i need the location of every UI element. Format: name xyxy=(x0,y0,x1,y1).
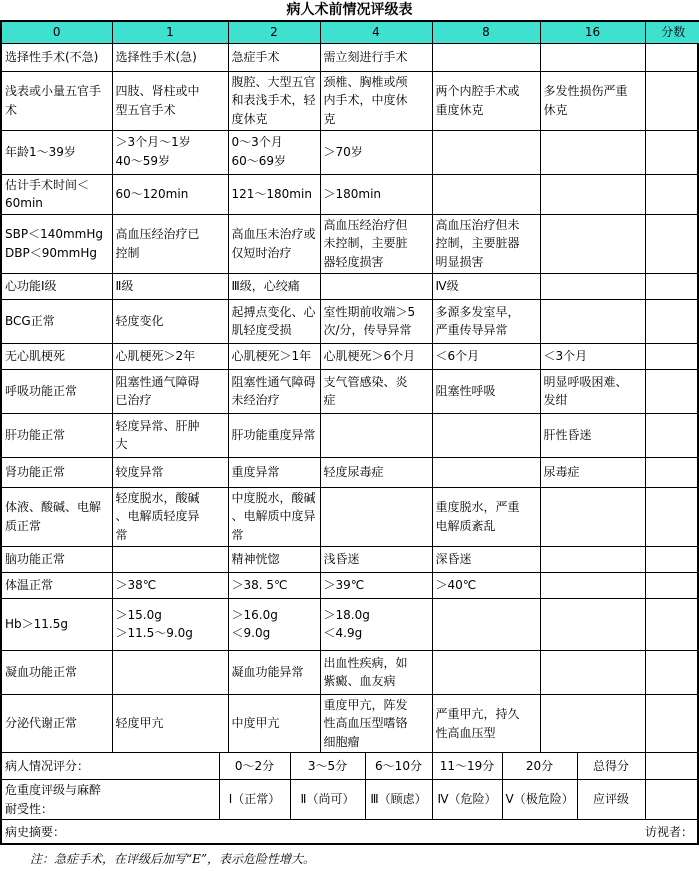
table-row: 体液、酸碱、电解 质正常轻度脱水，酸碱 、电解质轻度异 常中度脱水，酸碱 、电解… xyxy=(2,487,699,546)
rating-cell: 选择性手术(急) xyxy=(112,43,228,71)
rating-cell xyxy=(645,71,699,130)
grade-row-cell: Ⅳ（危险） xyxy=(432,779,502,819)
score-row-cell: 0～2分 xyxy=(219,753,290,779)
row-label-cell: 心功能Ⅰ级 xyxy=(2,273,112,299)
row-label-cell: Hb＞11.5g xyxy=(2,598,112,650)
rating-cell: 121～180min xyxy=(228,174,320,214)
summary-row: 病史摘要： 访视者： xyxy=(2,820,697,843)
rating-cell: 颈椎、胸椎或颅 内手术，中度休 克 xyxy=(320,71,432,130)
row-label-cell: 浅表或小量五官手 术 xyxy=(2,71,112,130)
table-row: 肝功能正常轻度异常、肝肿 大肝功能重度异常肝性昏迷 xyxy=(2,413,699,457)
header-cell-2: 2 xyxy=(228,22,320,43)
row-label-cell: 肾功能正常 xyxy=(2,457,112,487)
table-row: 心功能Ⅰ级Ⅱ级Ⅲ级，心绞痛Ⅳ级 xyxy=(2,273,699,299)
rating-cell: 轻度异常、肝肿 大 xyxy=(112,413,228,457)
rating-cell xyxy=(645,487,699,546)
rating-cell xyxy=(540,546,645,572)
rating-cell xyxy=(645,343,699,369)
rating-cell xyxy=(432,598,540,650)
rating-cell: 室性期前收端＞5 次/分，传导异常 xyxy=(320,299,432,343)
rating-cell: 凝血功能异常 xyxy=(228,650,320,694)
rating-cell: 心肌梗死＞2年 xyxy=(112,343,228,369)
rating-cell: ＞180min xyxy=(320,174,432,214)
row-label-cell: 估计手术时间＜ 60min xyxy=(2,174,112,214)
rating-cell xyxy=(645,598,699,650)
rating-cell: Ⅱ级 xyxy=(112,273,228,299)
rating-cell: ＞38. 5℃ xyxy=(228,572,320,598)
row-label-cell: 体液、酸碱、电解 质正常 xyxy=(2,487,112,546)
row-label-cell: 分泌代谢正常 xyxy=(2,694,112,753)
rating-cell: 心肌梗死＞6个月 xyxy=(320,343,432,369)
header-cell-score: 分数 xyxy=(645,22,699,43)
score-row: 病人情况评分： 0～2分3～5分6～10分11～19分20分总得分 xyxy=(2,753,699,779)
table-row: 选择性手术(不急)选择性手术(急)急症手术需立刻进行手术 xyxy=(2,43,699,71)
table-row: BCG正常轻度变化起搏点变化、心 肌轻度受损室性期前收端＞5 次/分，传导异常多… xyxy=(2,299,699,343)
rating-cell: 高血压经治疗已 控制 xyxy=(112,214,228,273)
row-label-cell: SBP＜140mmHg DBP＜90mmHg xyxy=(2,214,112,273)
rating-cell xyxy=(645,174,699,214)
rating-cell xyxy=(432,43,540,71)
table-row: 年龄1～39岁＞3个月～1岁 40～59岁0～3个月 60～69岁＞70岁 xyxy=(2,130,699,174)
rating-cell xyxy=(645,369,699,413)
table-row: SBP＜140mmHg DBP＜90mmHg高血压经治疗已 控制高血压未治疗或 … xyxy=(2,214,699,273)
rating-cell: 重度甲亢，阵发 性高血压型嗜铬 细胞瘤 xyxy=(320,694,432,753)
rating-cell: 浅昏迷 xyxy=(320,546,432,572)
grade-row-cell: 应评级 xyxy=(577,779,645,819)
row-label-cell: 凝血功能正常 xyxy=(2,650,112,694)
rating-cell xyxy=(645,457,699,487)
table-row: 浅表或小量五官手 术四肢、肾柱或中 型五官手术腹腔、大型五官 和表浅手术，轻 度… xyxy=(2,71,699,130)
rating-cell: 高血压经治疗但 未控制，主要脏 器轻度损害 xyxy=(320,214,432,273)
rating-cell: 轻度甲亢 xyxy=(112,694,228,753)
rating-cell xyxy=(645,546,699,572)
rating-cell xyxy=(645,130,699,174)
header-cell-16: 16 xyxy=(540,22,645,43)
row-label-cell: 无心肌梗死 xyxy=(2,343,112,369)
rating-cell: Ⅳ级 xyxy=(432,273,540,299)
header-row: 0 1 2 4 8 16 分数 xyxy=(2,22,699,43)
rating-cell: 轻度尿毒症 xyxy=(320,457,432,487)
table-row: 估计手术时间＜ 60min60～120min121～180min＞180min xyxy=(2,174,699,214)
rating-cell: 重度异常 xyxy=(228,457,320,487)
score-row-cell: 20分 xyxy=(502,753,577,779)
score-row-cell: 11～19分 xyxy=(432,753,502,779)
rating-cell: 深昏迷 xyxy=(432,546,540,572)
rating-cell: 多源多发室早， 严重传导异常 xyxy=(432,299,540,343)
rating-cell xyxy=(540,43,645,71)
rating-cell: ＞40℃ xyxy=(432,572,540,598)
row-label-cell: 脑功能正常 xyxy=(2,546,112,572)
rating-cell xyxy=(540,273,645,299)
rating-cell: 阻塞性呼吸 xyxy=(432,369,540,413)
rating-cell xyxy=(540,572,645,598)
rating-cell xyxy=(645,413,699,457)
table-row: 无心肌梗死心肌梗死＞2年心肌梗死＞1年心肌梗死＞6个月＜6个月＜3个月 xyxy=(2,343,699,369)
rating-cell xyxy=(432,457,540,487)
rating-cell xyxy=(540,694,645,753)
footnote: 注：急症手术，在评级后加写“E”，表示危险性增大。 xyxy=(30,850,699,867)
rating-cell xyxy=(540,650,645,694)
grade-row-label: 危重度评级与麻醉 耐受性： xyxy=(2,779,219,819)
rating-cell: 出血性疾病，如 紫癜、血友病 xyxy=(320,650,432,694)
rating-cell: ＜6个月 xyxy=(432,343,540,369)
rating-cell xyxy=(432,174,540,214)
rating-cell xyxy=(540,130,645,174)
score-row-cell: 6～10分 xyxy=(365,753,432,779)
visitor-label: 访视者： xyxy=(645,823,693,840)
row-label-cell: BCG正常 xyxy=(2,299,112,343)
rating-cell: 起搏点变化、心 肌轻度受损 xyxy=(228,299,320,343)
rating-table-bottom: 病人情况评分： 0～2分3～5分6～10分11～19分20分总得分 危重度评级与… xyxy=(2,753,699,820)
rating-cell: 急症手术 xyxy=(228,43,320,71)
rating-cell: 腹腔、大型五官 和表浅手术，轻 度休克 xyxy=(228,71,320,130)
rating-cell xyxy=(540,214,645,273)
grade-row-cell: Ⅲ（顾虑） xyxy=(365,779,432,819)
rating-cell xyxy=(540,487,645,546)
rating-cell: 0～3个月 60～69岁 xyxy=(228,130,320,174)
rating-cell xyxy=(432,413,540,457)
rating-table-main: 0 1 2 4 8 16 分数 选择性手术(不急)选择性手术(急)急症手术需立刻… xyxy=(2,22,699,753)
rating-cell: 轻度脱水，酸碱 、电解质轻度异 常 xyxy=(112,487,228,546)
rating-cell: ＞16.0g ＜9.0g xyxy=(228,598,320,650)
header-cell-1: 1 xyxy=(112,22,228,43)
rating-cell xyxy=(645,273,699,299)
table-row: 凝血功能正常凝血功能异常出血性疾病，如 紫癜、血友病 xyxy=(2,650,699,694)
row-label-cell: 体温正常 xyxy=(2,572,112,598)
rating-cell: 多发性损伤严重 休克 xyxy=(540,71,645,130)
header-cell-4: 4 xyxy=(320,22,432,43)
table-row: 分泌代谢正常轻度甲亢中度甲亢重度甲亢，阵发 性高血压型嗜铬 细胞瘤严重甲亢，持久… xyxy=(2,694,699,753)
rating-cell: ＞39℃ xyxy=(320,572,432,598)
rating-cell: 肝功能重度异常 xyxy=(228,413,320,457)
score-row-cell: 总得分 xyxy=(577,753,645,779)
rating-cell xyxy=(432,650,540,694)
rating-cell: 中度甲亢 xyxy=(228,694,320,753)
rating-table-body: 选择性手术(不急)选择性手术(急)急症手术需立刻进行手术浅表或小量五官手 术四肢… xyxy=(2,43,699,753)
table-row: 体温正常＞38℃＞38. 5℃＞39℃＞40℃ xyxy=(2,572,699,598)
page-title: 病人术前情况评级表 xyxy=(0,0,699,20)
rating-cell: ＞70岁 xyxy=(320,130,432,174)
rating-cell: 严重甲亢，持久 性高血压型 xyxy=(432,694,540,753)
grade-row-cell: Ⅰ（正常） xyxy=(219,779,290,819)
rating-cell: ＜3个月 xyxy=(540,343,645,369)
grade-row-cell: Ⅴ（极危险） xyxy=(502,779,577,819)
rating-cell xyxy=(645,299,699,343)
rating-cell xyxy=(320,273,432,299)
row-label-cell: 年龄1～39岁 xyxy=(2,130,112,174)
rating-table: 0 1 2 4 8 16 分数 选择性手术(不急)选择性手术(急)急症手术需立刻… xyxy=(0,20,699,845)
rating-cell xyxy=(112,650,228,694)
rating-cell xyxy=(320,487,432,546)
rating-cell xyxy=(645,694,699,753)
rating-cell: 四肢、肾柱或中 型五官手术 xyxy=(112,71,228,130)
table-row: 脑功能正常精神恍惚浅昏迷深昏迷 xyxy=(2,546,699,572)
rating-cell xyxy=(645,572,699,598)
rating-cell xyxy=(540,174,645,214)
rating-cell: ＞18.0g ＜4.9g xyxy=(320,598,432,650)
rating-cell: 尿毒症 xyxy=(540,457,645,487)
rating-cell: 重度脱水，严重 电解质紊乱 xyxy=(432,487,540,546)
rating-cell: ＞15.0g ＞11.5～9.0g xyxy=(112,598,228,650)
score-row-label: 病人情况评分： xyxy=(2,753,219,779)
header-cell-0: 0 xyxy=(2,22,112,43)
rating-cell xyxy=(645,650,699,694)
preop-rating-sheet: 病人术前情况评级表 0 1 2 4 8 16 分数 选择性手术(不急)选择性手术… xyxy=(0,0,699,867)
rating-cell: 心肌梗死＞1年 xyxy=(228,343,320,369)
rating-cell: 中度脱水，酸碱 、电解质中度异 常 xyxy=(228,487,320,546)
score-row-cell xyxy=(645,753,699,779)
history-summary-label: 病史摘要： xyxy=(5,823,65,840)
rating-cell xyxy=(540,299,645,343)
rating-cell: 精神恍惚 xyxy=(228,546,320,572)
rating-cell: 轻度变化 xyxy=(112,299,228,343)
rating-cell: 明显呼吸困难、 发绀 xyxy=(540,369,645,413)
rating-cell: ＞38℃ xyxy=(112,572,228,598)
rating-cell xyxy=(112,546,228,572)
rating-cell xyxy=(320,413,432,457)
row-label-cell: 呼吸功能正常 xyxy=(2,369,112,413)
rating-cell: 60～120min xyxy=(112,174,228,214)
grade-row-cell: Ⅱ（尚可） xyxy=(290,779,365,819)
grade-row: 危重度评级与麻醉 耐受性： Ⅰ（正常）Ⅱ（尚可）Ⅲ（顾虑）Ⅳ（危险）Ⅴ（极危险）… xyxy=(2,779,699,819)
rating-cell: 较度异常 xyxy=(112,457,228,487)
rating-cell: 两个内腔手术或 重度休克 xyxy=(432,71,540,130)
rating-cell: 高血压治疗但未 控制，主要脏器 明显损害 xyxy=(432,214,540,273)
rating-cell: 支气管感染、炎 症 xyxy=(320,369,432,413)
row-label-cell: 肝功能正常 xyxy=(2,413,112,457)
rating-cell: 高血压未治疗或 仅短时治疗 xyxy=(228,214,320,273)
rating-cell xyxy=(432,130,540,174)
rating-cell: 需立刻进行手术 xyxy=(320,43,432,71)
rating-cell xyxy=(645,214,699,273)
rating-cell: Ⅲ级，心绞痛 xyxy=(228,273,320,299)
grade-row-cell xyxy=(645,779,699,819)
table-row: 呼吸功能正常阻塞性通气障碍 已治疗阻塞性通气障碍 未经治疗支气管感染、炎 症阻塞… xyxy=(2,369,699,413)
rating-cell: ＞3个月～1岁 40～59岁 xyxy=(112,130,228,174)
rating-cell: 阻塞性通气障碍 已治疗 xyxy=(112,369,228,413)
rating-cell: 肝性昏迷 xyxy=(540,413,645,457)
header-cell-8: 8 xyxy=(432,22,540,43)
score-row-cell: 3～5分 xyxy=(290,753,365,779)
rating-cell xyxy=(540,598,645,650)
row-label-cell: 选择性手术(不急) xyxy=(2,43,112,71)
rating-cell xyxy=(645,43,699,71)
table-row: 肾功能正常较度异常重度异常轻度尿毒症尿毒症 xyxy=(2,457,699,487)
table-row: Hb＞11.5g＞15.0g ＞11.5～9.0g＞16.0g ＜9.0g＞18… xyxy=(2,598,699,650)
rating-cell: 阻塞性通气障碍 未经治疗 xyxy=(228,369,320,413)
